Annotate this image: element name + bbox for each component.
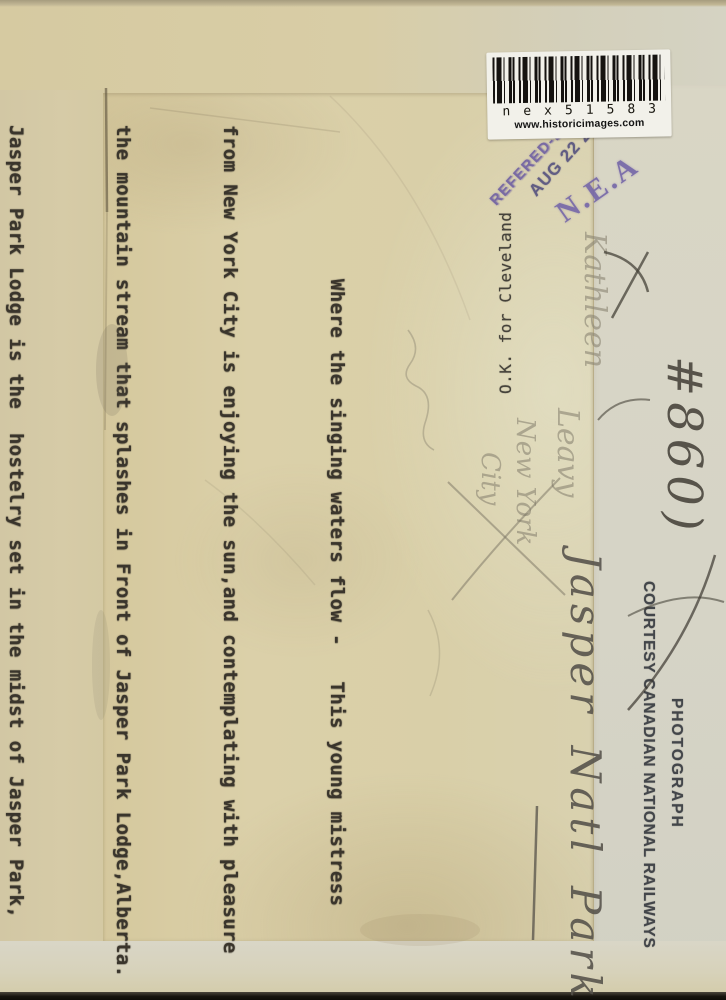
- typed-line: Jasper Park Lodge is the hostelry set in…: [0, 125, 33, 1000]
- handwriting-photo-title: Jasper Natl Park: [561, 552, 610, 1000]
- barcode-label: nex51583 www.historicimages.com: [486, 49, 671, 139]
- handwriting-name-line2: Leavy: [550, 408, 585, 497]
- handwriting-name-line1: Kathleen: [577, 232, 612, 368]
- credit-stamp-courtesy: COURTESY CANADIAN NATIONAL RAILWAYS: [639, 581, 657, 949]
- paper-right-panel: [590, 85, 726, 1000]
- credit-stamp-photograph: PHOTOGRAPH: [667, 698, 685, 829]
- barcode-bars: [492, 55, 665, 104]
- typed-line: the mountain stream that splashes in Fro…: [105, 125, 141, 1000]
- handwriting-place-line2: City: [475, 452, 505, 505]
- typed-line: from New York City is enjoying the sun,a…: [211, 125, 247, 1000]
- typed-line: Where the singing waters flow - This you…: [318, 125, 354, 1000]
- barcode-url: www.historicimages.com: [487, 116, 671, 131]
- handwriting-photo-number: #860): [656, 356, 712, 537]
- photo-back-scan: REFERED-E AUG 22 28 N.E.A Where the sing…: [0, 0, 726, 1000]
- handwriting-place-line1: New York: [510, 418, 540, 545]
- typed-caption: Where the singing waters flow - This you…: [139, 125, 425, 1000]
- approval-note: O.K. for Cleveland: [496, 219, 518, 394]
- paper-top-shadow: [0, 0, 726, 7]
